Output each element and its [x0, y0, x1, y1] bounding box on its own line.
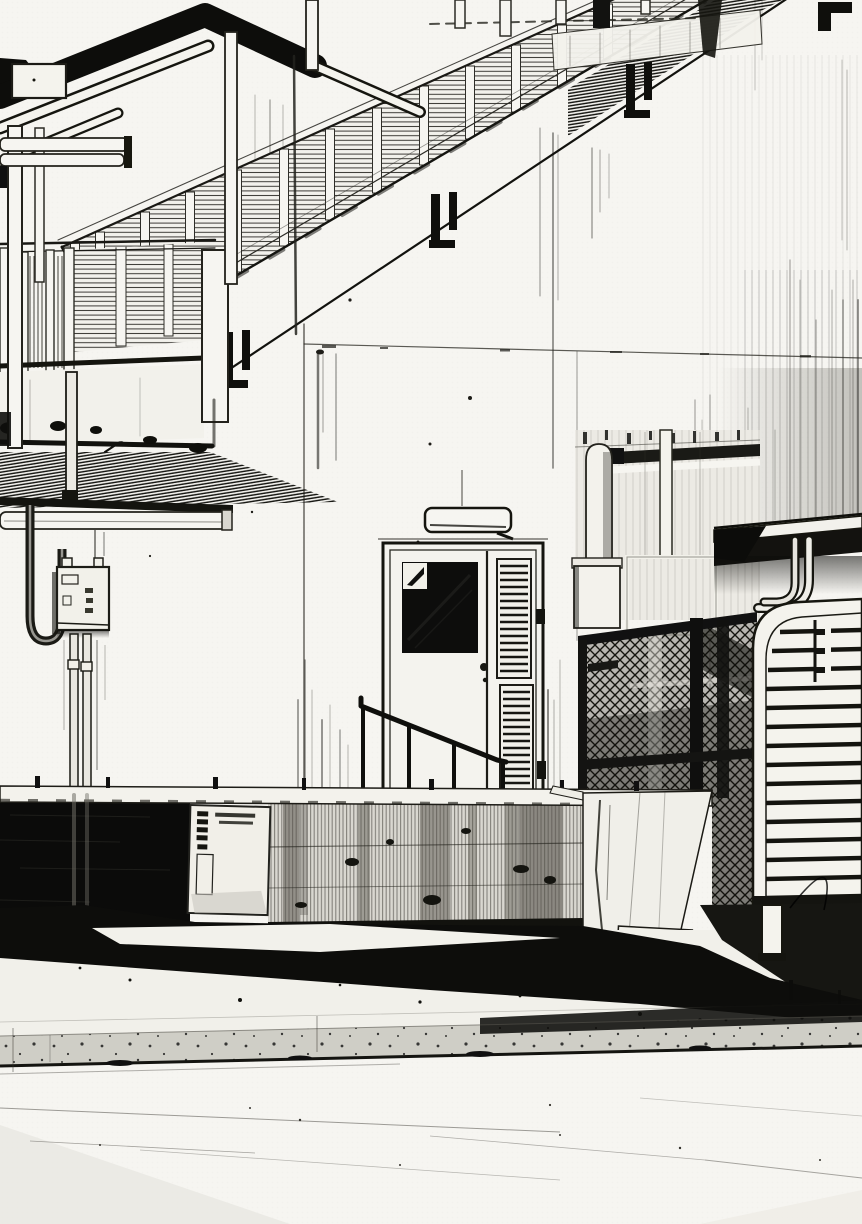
- electrical-box: [52, 558, 109, 638]
- louver-unit: [753, 599, 862, 908]
- downpipe: [66, 372, 77, 498]
- door: [378, 539, 548, 797]
- awning: [714, 514, 862, 594]
- unit-leg: [758, 905, 786, 961]
- box-markings: [85, 588, 93, 613]
- illustration-canvas: [0, 0, 862, 1224]
- manga-panel: [0, 0, 862, 1224]
- background-post: [660, 430, 672, 558]
- railing-plate: [12, 64, 66, 98]
- door-window-decal: [403, 563, 427, 589]
- signboard: [188, 805, 271, 915]
- corrugated-siding: [268, 795, 583, 939]
